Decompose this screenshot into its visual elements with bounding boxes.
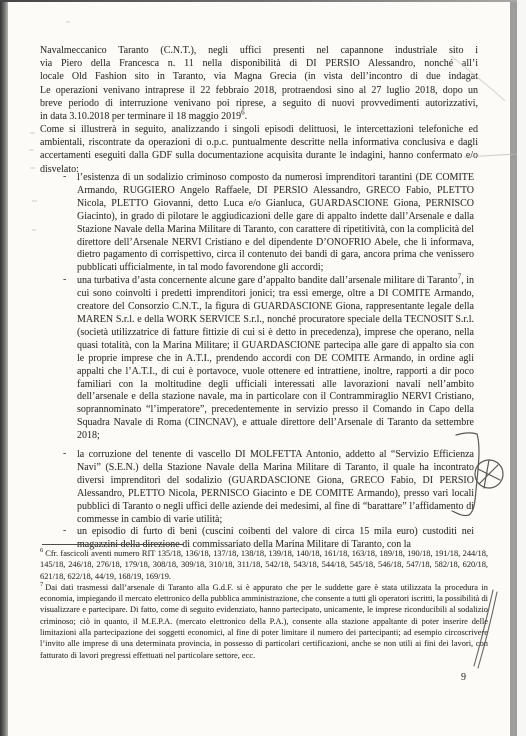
footnote-divider [42, 544, 184, 545]
bullet-text: una turbativa d’asta concernente alcune … [77, 275, 458, 286]
intro-line: breve periodo di interruzione venivano p… [40, 97, 478, 110]
footnote-6-marker: 6 [40, 547, 43, 554]
bullet-text: la corruzione del tenente di vascello DI… [77, 449, 474, 525]
bullet-dash: - [63, 171, 66, 184]
scanned-document-page: Navalmeccanico Taranto (C.N.T.), negli u… [0, 0, 526, 736]
bullet-dash: - [63, 525, 66, 538]
intro-line: in data 3.10.2018 per terminare il 18 ma… [40, 110, 478, 123]
bullet-text: , in cui sono coinvolti i predetti impre… [77, 275, 474, 441]
circled-star-annotation [475, 460, 503, 488]
scan-top-edge-line [0, 0, 517, 2]
intro-line: Le operazioni venivano intraprese il 22 … [40, 84, 478, 97]
summary-paragraph: Come si illustrerà in seguito, analizzan… [40, 123, 478, 176]
footnote-7-marker: 7 [40, 581, 43, 588]
bullet-item-corruption: -la corruzione del tenente di vascello D… [40, 449, 474, 526]
footnote-7-text: Dai dati trasmessi dall’arsenale di Tara… [40, 583, 488, 660]
bullet-item-bid-rigging: -una turbativa d’asta concernente alcune… [40, 275, 474, 443]
intro-line: locale Old Fashion sito in Taranto, via … [40, 70, 478, 83]
intro-last-period: . [245, 111, 248, 122]
footnote-7: 7Dai dati trasmessi dall’arsenale di Tar… [40, 582, 488, 661]
scan-left-edge-shadow [0, 0, 8, 736]
intro-last-text: in data 3.10.2018 per terminare il 18 ma… [40, 111, 241, 122]
footnote-6: 6Cfr. fascicoli aventi numero RIT 135/18… [40, 548, 488, 582]
intro-paragraph: Navalmeccanico Taranto (C.N.T.), negli u… [40, 44, 478, 123]
scan-right-outer-edge [517, 0, 526, 736]
findings-bullet-list: -l’esistenza di un sodalizio criminoso c… [40, 172, 474, 552]
footnote-6-text: Cfr. fascicoli aventi numero RIT 135/18,… [40, 549, 488, 581]
scan-right-edge-shadow [510, 0, 517, 736]
bullet-dash: - [63, 448, 66, 461]
bullet-item-criminal-association: -l’esistenza di un sodalizio criminoso c… [40, 172, 474, 275]
footnotes-section: 6Cfr. fascicoli aventi numero RIT 135/18… [40, 544, 488, 661]
intro-line: Navalmeccanico Taranto (C.N.T.), negli u… [40, 44, 478, 57]
intro-line: via Piero della Francesca n. 11 nella di… [40, 57, 478, 70]
bullet-text: l’esistenza di un sodalizio criminoso co… [77, 172, 474, 273]
bullet-dash: - [63, 274, 66, 287]
page-number: 9 [461, 672, 466, 683]
